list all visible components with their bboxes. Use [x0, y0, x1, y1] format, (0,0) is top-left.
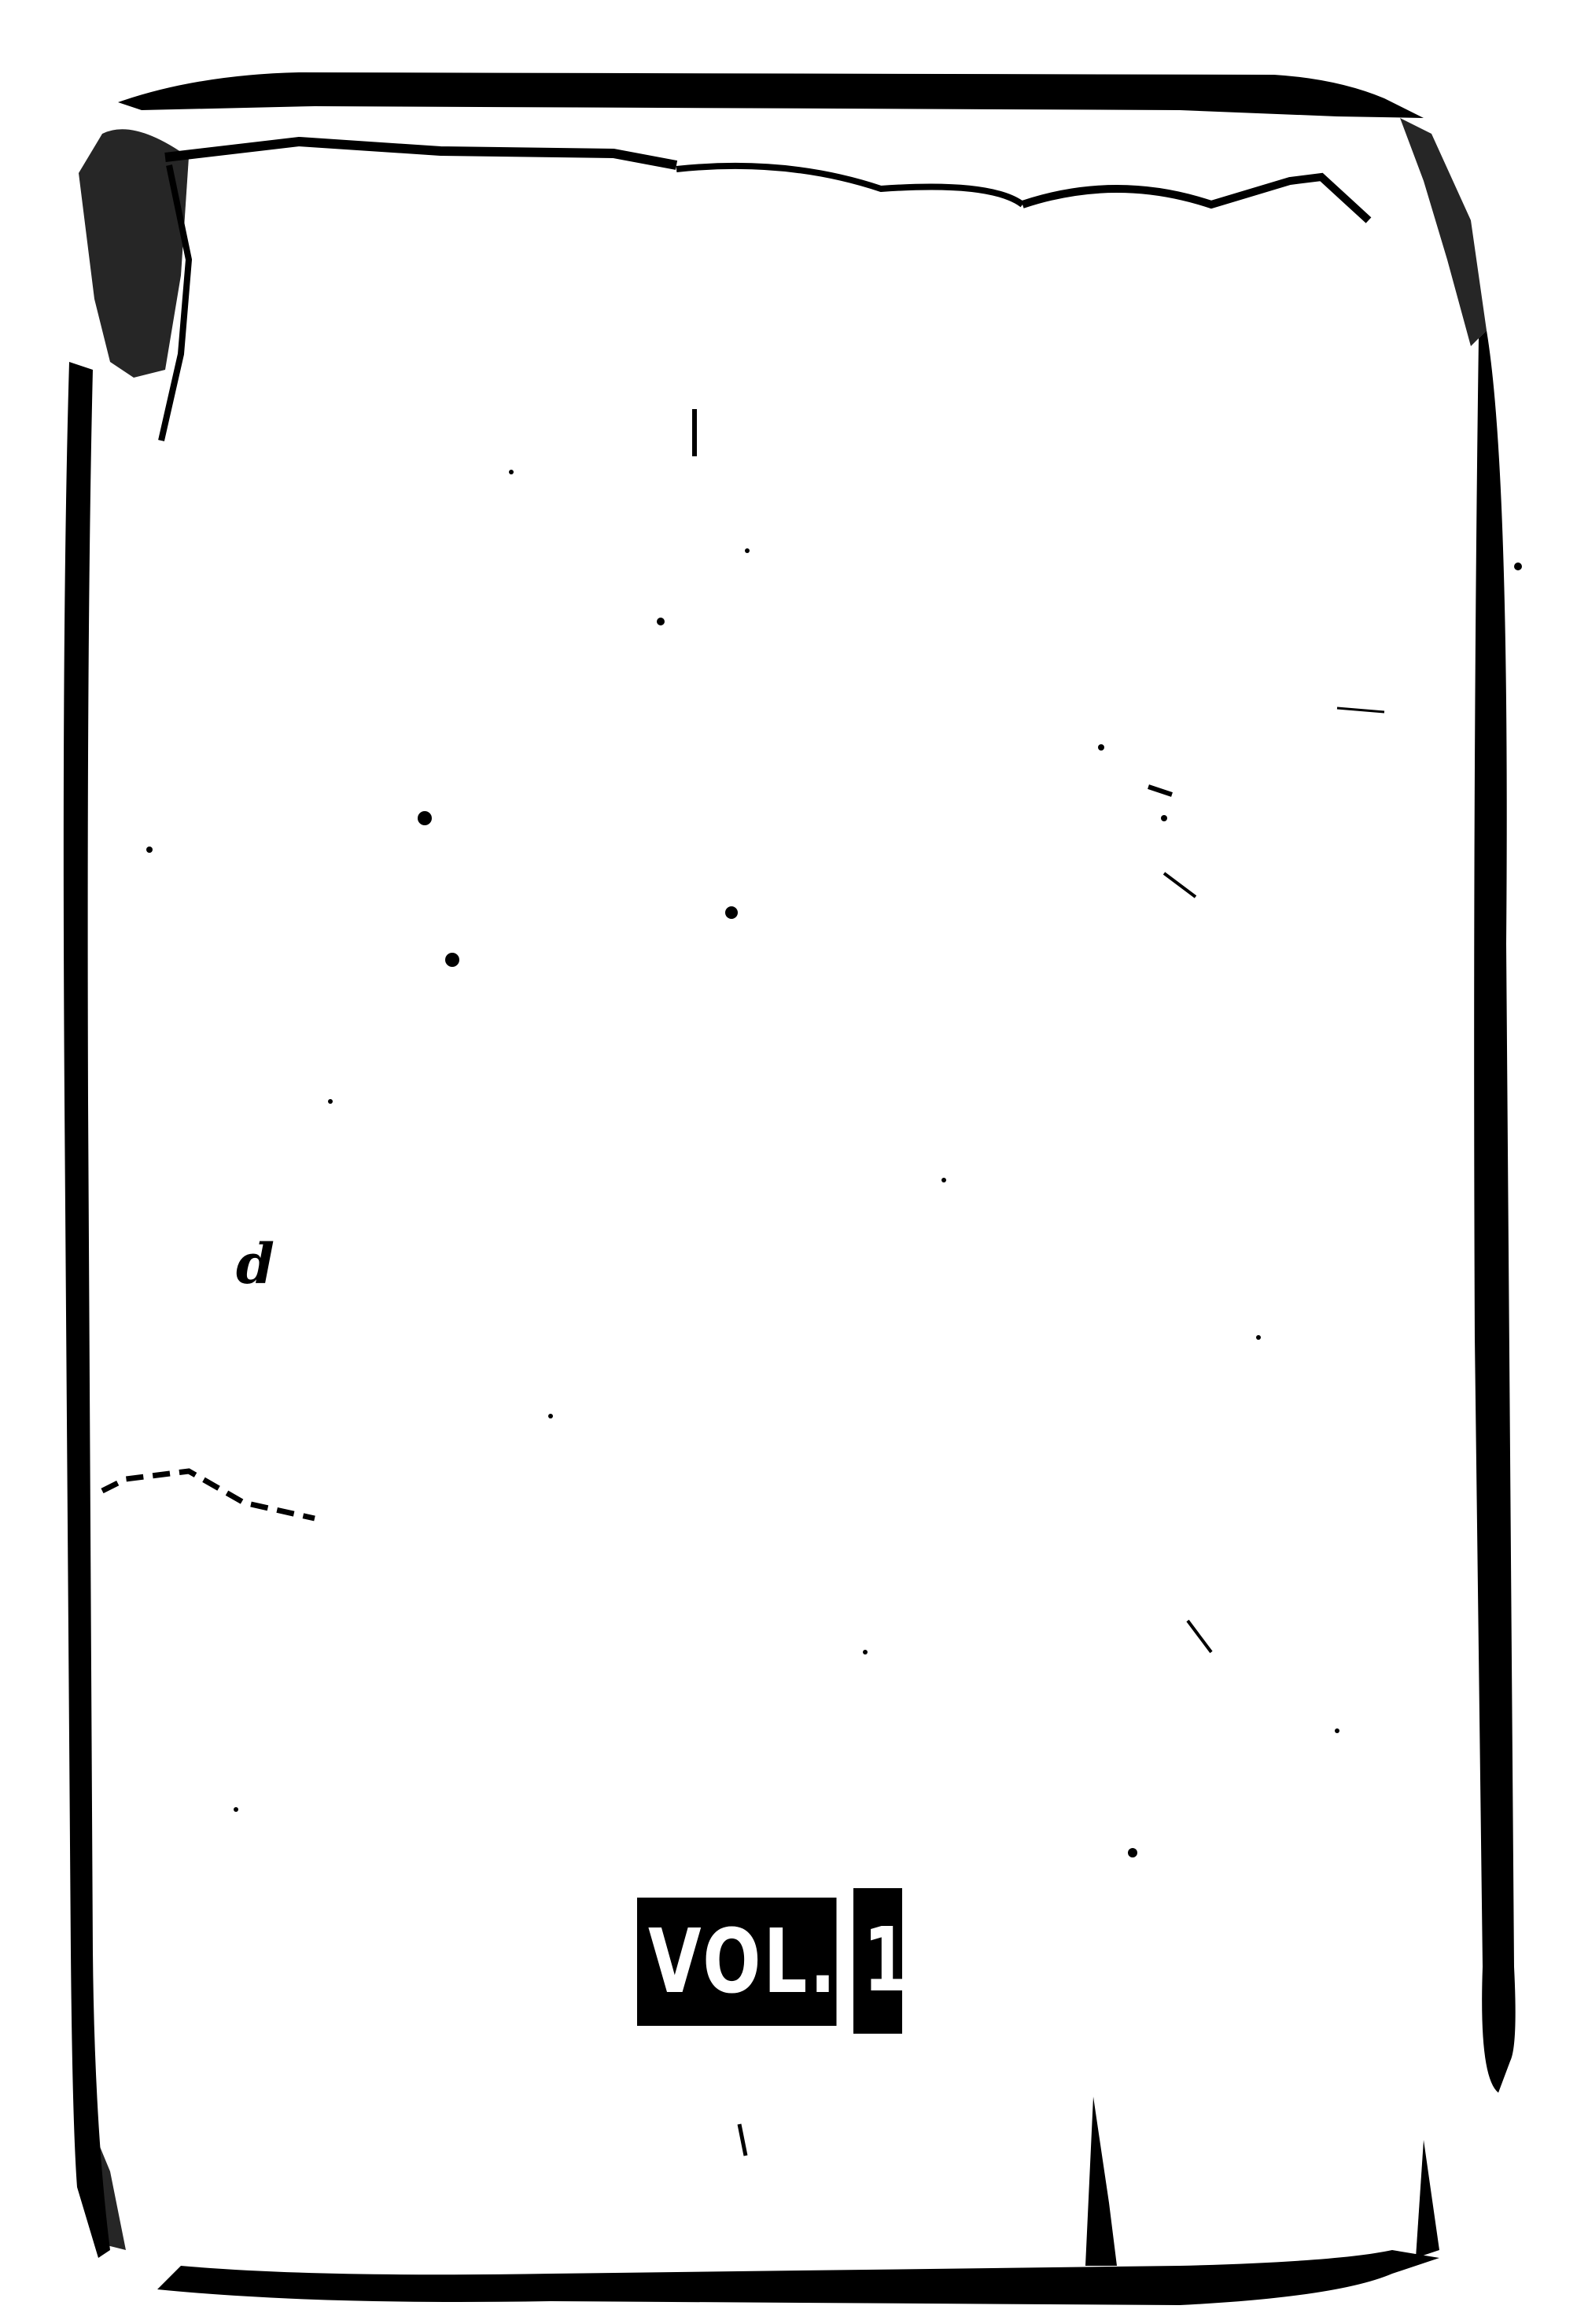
top-edge [118, 72, 1424, 118]
crack-left [102, 1471, 315, 1518]
torn-corner-bottom-right [1416, 2140, 1439, 2258]
handwritten-mark: d [236, 1231, 275, 1297]
crack-bottom [1085, 2097, 1117, 2266]
torn-corner-top-right [1400, 118, 1487, 346]
volume-label-prefix: VOL. [648, 1918, 838, 2006]
volume-label: VOL. [637, 1898, 837, 2026]
scan-speckles [146, 409, 1522, 2156]
left-edge [64, 362, 110, 2258]
right-edge [1474, 330, 1515, 2093]
volume-number: 1 [864, 1916, 908, 2005]
torn-corner-bottom-left [75, 2085, 126, 2250]
book-cover: d VOL. 1 [0, 0, 1577, 2324]
bottom-edge [157, 2250, 1439, 2305]
